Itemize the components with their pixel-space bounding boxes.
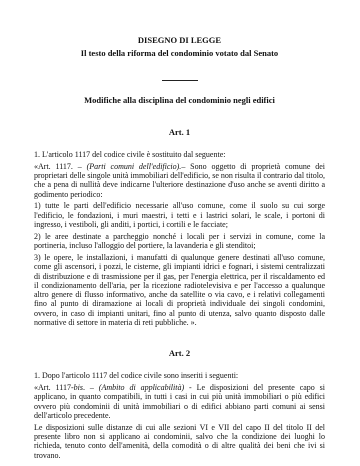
paragraph: 1. L'articolo 1117 del codice civile è s… [34,150,325,159]
paragraph: 1) tutte le parti dell'edificio necessar… [34,201,325,229]
section-separator [162,80,198,81]
paragraph: 1. Dopo l'articolo 1117 del codice civil… [34,371,325,380]
italic-text-segment: (Parti comuni dell'edificio). [87,162,182,171]
paragraph: 2) le aree destinate a parcheggio nonché… [34,232,325,251]
paragraph: 3) le opere, le installazioni, i manufat… [34,253,325,327]
text-segment: «Art. 1117. – [34,162,87,171]
italic-text-segment: (Ambito di applicabilità) [99,383,184,392]
paragraph: «Art. 1117-bis. – (Ambito di applicabili… [34,383,325,420]
text-segment: 1. L'articolo 1117 del codice civile è s… [34,150,225,159]
article-1-section: Art. 1 1. L'articolo 1117 del codice civ… [34,127,325,327]
article-2-section: Art. 2 1. Dopo l'articolo 1117 del codic… [34,348,325,460]
article-body: 1. Dopo l'articolo 1117 del codice civil… [34,371,325,460]
document-title: Il testo della riforma del condominio vo… [34,47,325,60]
paragraph: Le disposizioni sulle distanze di cui al… [34,423,325,460]
document-page: DISEGNO DI LEGGE Il testo della riforma … [0,0,360,466]
text-segment: 2) le aree destinate a parcheggio nonché… [34,232,325,250]
document-kicker: DISEGNO DI LEGGE [34,34,325,47]
text-segment: Le disposizioni sulle distanze di cui al… [34,423,325,460]
section-heading: Modifiche alla disciplina del condominio… [34,95,325,106]
text-segment: . – [83,383,99,392]
text-segment: 3) le opere, le installazioni, i manufat… [34,253,325,327]
paragraph: «Art. 1117. – (Parti comuni dell'edifici… [34,162,325,199]
article-body: 1. L'articolo 1117 del codice civile è s… [34,150,325,327]
text-segment: 1) tutte le parti dell'edificio necessar… [34,201,325,229]
article-heading: Art. 1 [34,127,325,137]
article-heading: Art. 2 [34,348,325,358]
text-segment: 1. Dopo l'articolo 1117 del codice civil… [34,371,238,380]
italic-text-segment: bis [74,383,83,392]
text-segment: «Art. 1117- [34,383,74,392]
